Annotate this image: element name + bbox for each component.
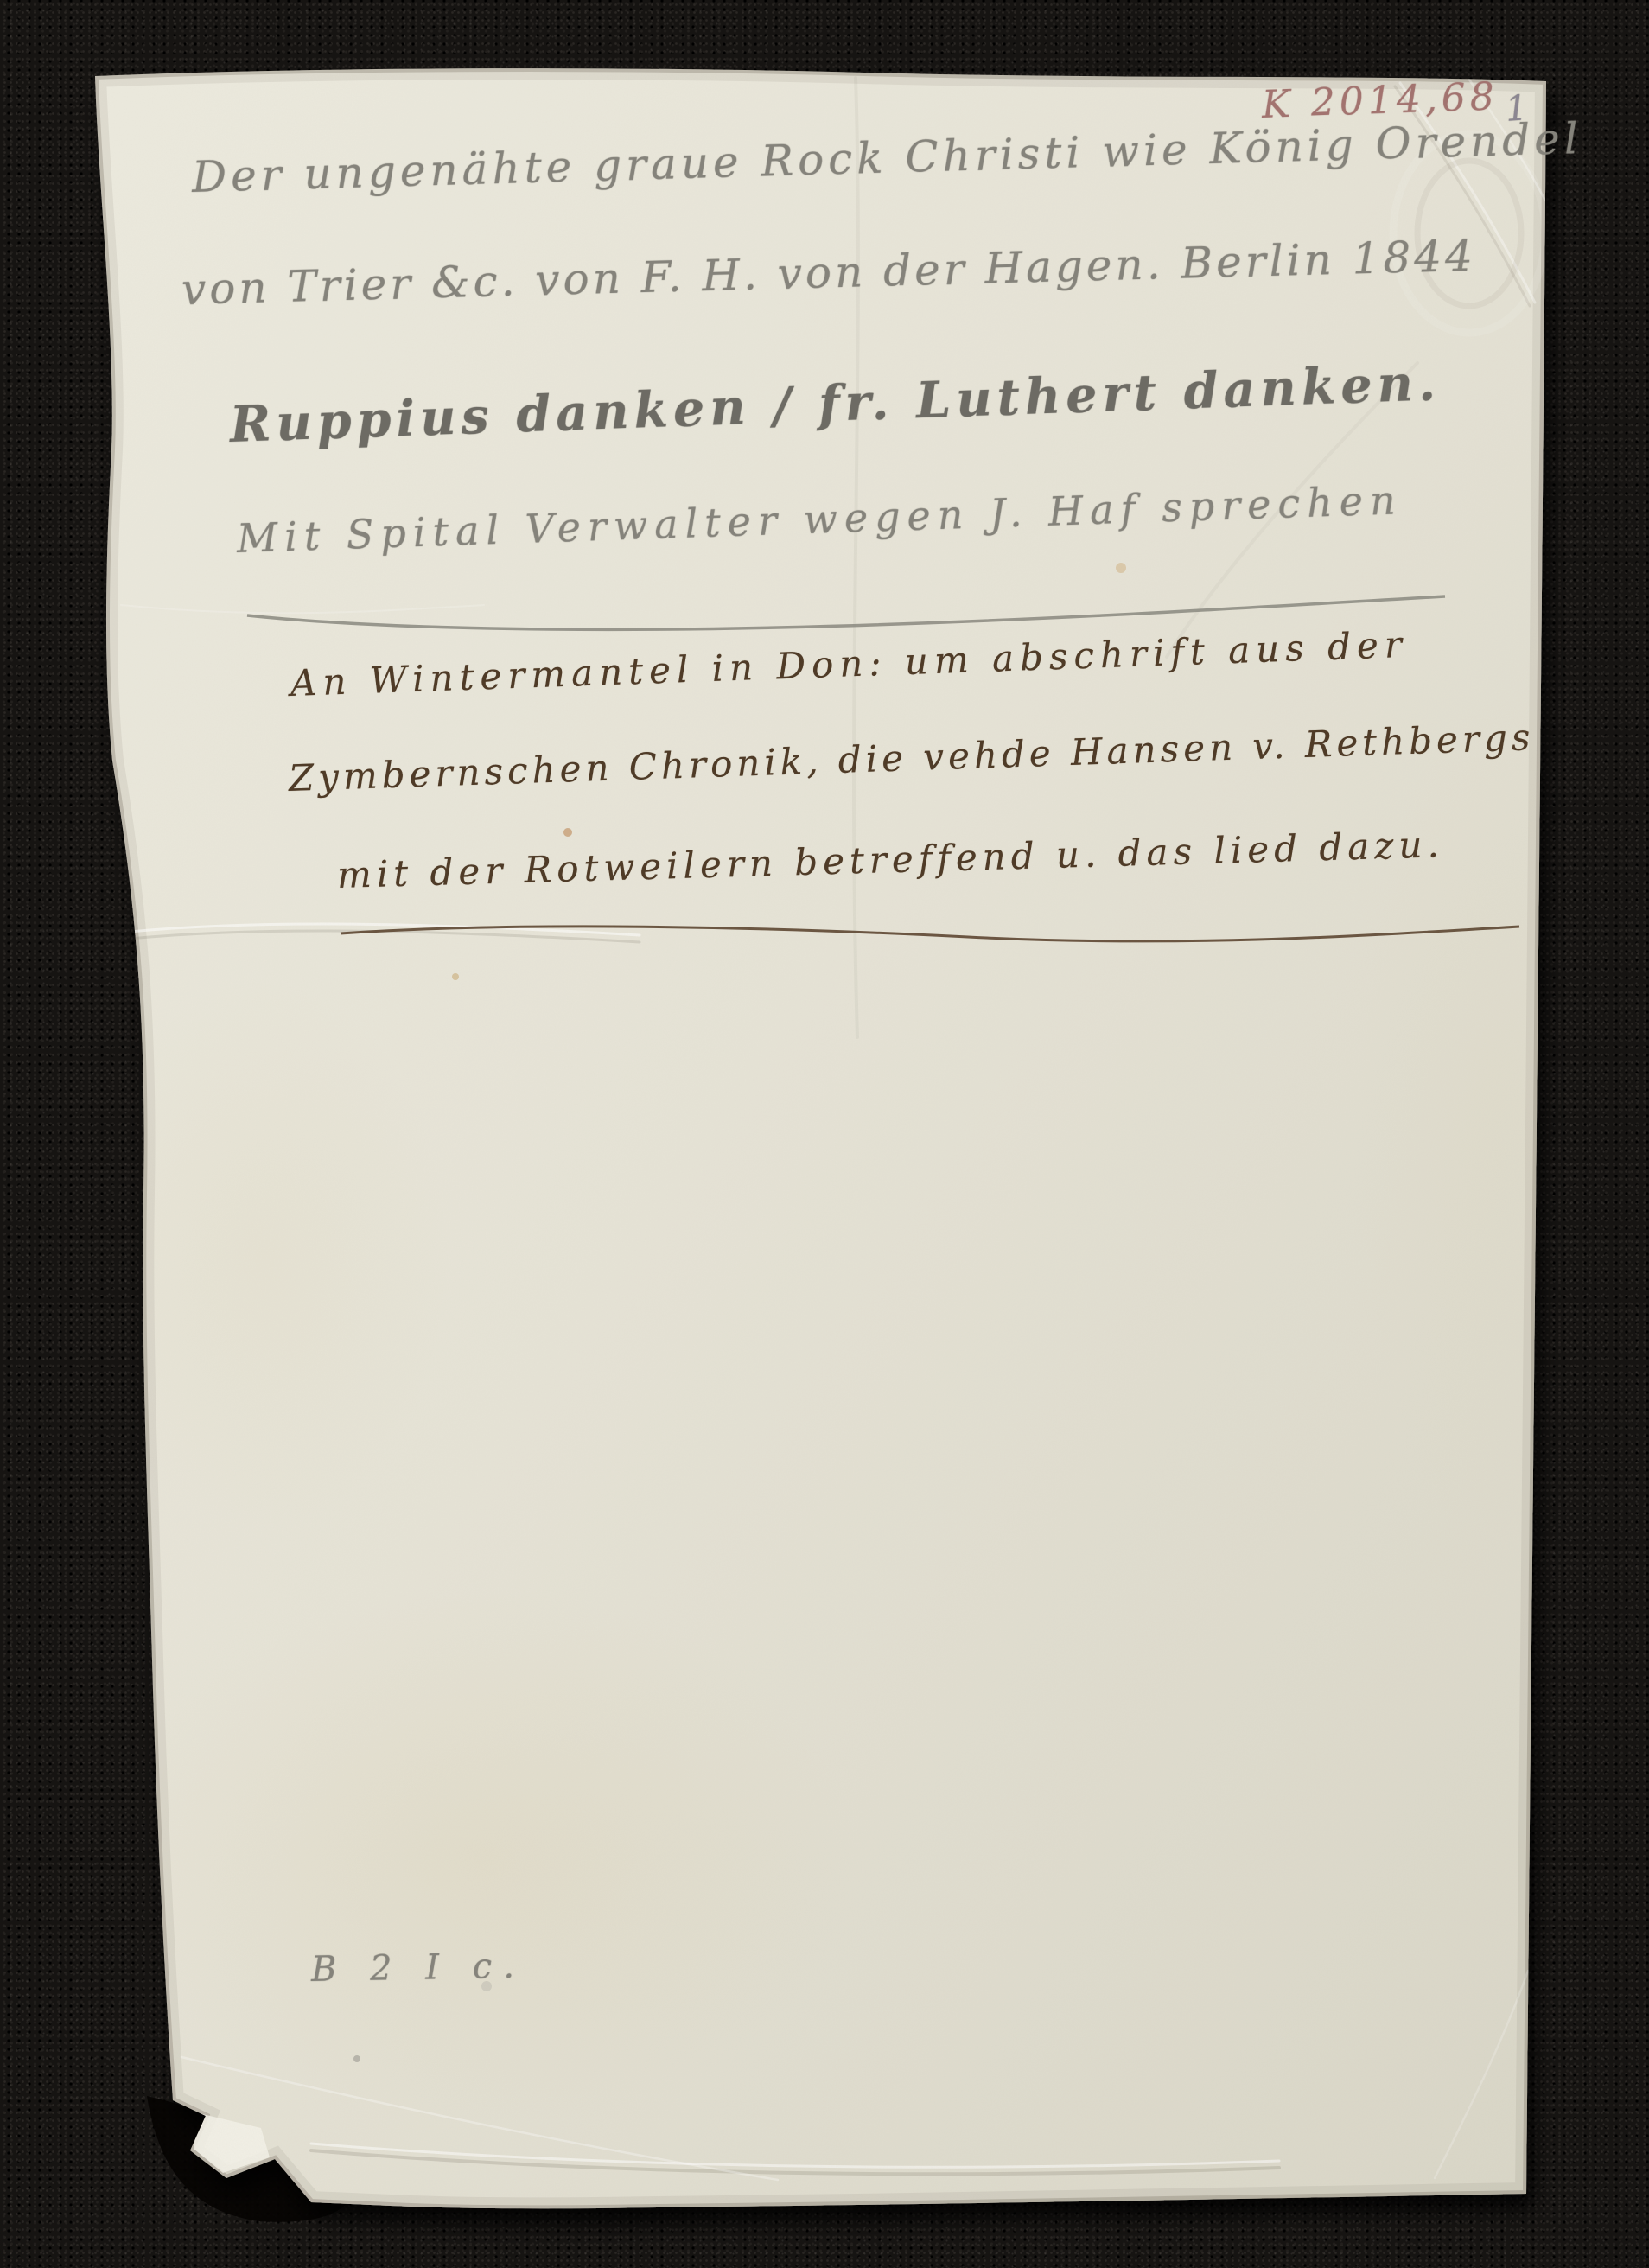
ink-line-3: mit der Rotweilern betreffend u. das lie… [336,823,1444,896]
pencil-line-2: von Trier &c. von F. H. von der Hagen. B… [181,231,1476,315]
shelfmark: B 2 I c. [311,1946,526,1990]
pencil-line-1: Der ungenähte graue Rock Christi wie Kön… [191,113,1582,202]
pencil-line-4: Mit Spital Verwalter wegen J. Haf sprech… [236,476,1403,562]
photo: K 2014,68 1 Der ungenähte graue Rock Chr… [0,0,1649,2268]
ink-line-1: An Wintermantel in Don: um abschrift aus… [290,623,1409,704]
handwriting-layer: K 2014,68 1 Der ungenähte graue Rock Chr… [0,0,1649,2268]
ink-line-2: Zymbernschen Chronik, die vehde Hansen v… [288,716,1535,800]
pencil-line-3: Ruppius danken / fr. Luthert danken. [229,354,1442,454]
